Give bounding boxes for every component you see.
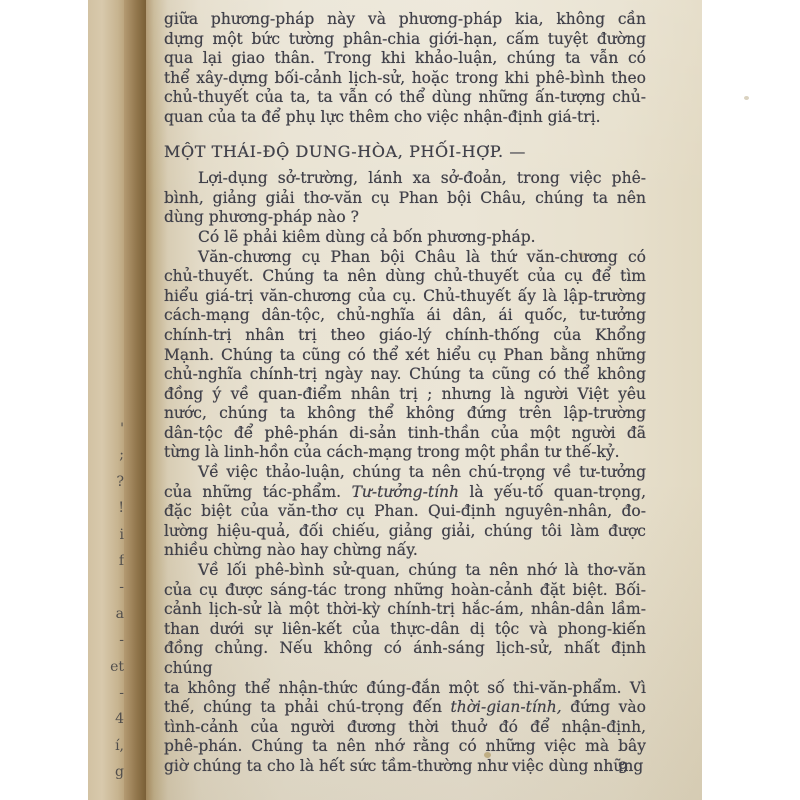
text-line: dùng phương-pháp nào ? [164,208,646,228]
partial-glyph: - [90,627,124,653]
text-line: Về việc thảo-luận, chúng ta nên chú-trọn… [164,463,646,483]
text-line: tình-cảnh của người đương thời thuở đó đ… [164,718,646,738]
text-line: đặc biệt của văn-thơ cụ Phan. Qui-định n… [164,502,646,522]
text-line: của cụ được sáng-tác trong những hoàn-cả… [164,581,646,601]
text-line: dựng một bức tường phân-chia giới-hạn, c… [164,30,646,50]
text-line: chính-trị nhân trị theo giáo-lý chính-th… [164,326,646,346]
text-line: chủ-thuyết. Chúng ta nên dùng chủ-thuyết… [164,267,646,287]
text-line: đồng chủng. Nếu không có ánh-sáng lịch-s… [164,639,646,678]
paragraph: Có lẽ phải kiêm dùng cả bốn phương-pháp. [164,228,646,248]
paragraph: giữa phương-pháp này và phương-pháp kia,… [164,10,646,128]
text-line: bình, giảng giải thơ-văn cụ Phan bội Châ… [164,189,646,209]
text-line: đồng ý về quan-điểm nhân trị ; nhưng là … [164,385,646,405]
text-line: lường hiệu-quả, đối chiếu, giảng giải, c… [164,522,646,542]
book-photo: ';?!if-a-et-4í,g giữa phương-pháp này và… [0,0,800,800]
paragraph: Về lối phê-bình sử-quan, chúng ta nên nh… [164,561,646,777]
text-line: nhiều chừng nào hay chừng nấy. [164,541,646,561]
partial-glyph: ! [90,495,124,521]
text-line: phê-phán. Chúng ta nên nhớ rằng có những… [164,737,646,757]
text-line: than dưới sự liên-kết của thực-dân dị tộ… [164,620,646,640]
text-line: Văn-chương cụ Phan bội Châu là thứ văn-c… [164,248,646,268]
text-line: Về lối phê-bình sử-quan, chúng ta nên nh… [164,561,646,581]
text-line: giữa phương-pháp này và phương-pháp kia,… [164,10,646,30]
partial-glyph: i [90,522,124,548]
partial-glyph: ; [90,442,124,468]
text-line: giờ chúng ta cho là hết sức tầm-thường n… [164,757,646,777]
text-line: cách-mạng dân-tộc, chủ-nghĩa ái dân, ái … [164,306,646,326]
partial-glyph: g [90,759,124,785]
partial-glyph: - [90,574,124,600]
page-number: 9 [618,758,628,777]
text-line: dân-tộc để phê-phán di-sản tinh-thần của… [164,424,646,444]
section-heading: MỘT THÁI-ĐỘ DUNG-HÒA, PHỐI-HỢP. — [164,142,646,162]
text-line: của những tác-phẩm. Tư-tưởng-tính là yếu… [164,483,646,503]
text-line: thể xây-dựng bối-cảnh lịch-sử, hoặc tron… [164,69,646,89]
paragraph: Về việc thảo-luận, chúng ta nên chú-trọn… [164,463,646,561]
paragraph: Văn-chương cụ Phan bội Châu là thứ văn-c… [164,248,646,464]
text-line: thế, chúng ta phải chú-trọng đến thời-gi… [164,698,646,718]
partial-glyph: ' [90,416,124,442]
partial-glyph: í, [90,733,124,759]
partial-glyph: et [90,654,124,680]
text-line: quan của ta để phụ lực thêm cho việc nhậ… [164,108,646,128]
partial-glyph: f [90,548,124,574]
text-block: giữa phương-pháp này và phương-pháp kia,… [164,10,646,777]
text-line: Mạnh. Chúng ta cũng có thể xét hiểu cụ P… [164,346,646,366]
text-line: hiểu giá-trị văn-chương của cụ. Chủ-thuy… [164,287,646,307]
text-line: cảnh lịch-sử là một thời-kỳ chính-trị hắ… [164,600,646,620]
partial-glyph: a [90,601,124,627]
paper-speck [744,96,749,100]
text-line: Lợi-dụng sở-trường, lánh xa sở-đoản, tro… [164,169,646,189]
text-line: Có lẽ phải kiêm dùng cả bốn phương-pháp. [164,228,646,248]
partial-glyph: ? [90,469,124,495]
paragraph: Lợi-dụng sở-trường, lánh xa sở-đoản, tro… [164,169,646,228]
text-line: ta không thể nhận-thức đúng-đắn một số t… [164,679,646,699]
partial-glyph: 4 [90,706,124,732]
text-line: qua lại giao thân. Trong khi khảo-luận, … [164,49,646,69]
text-line: từng là linh-hồn của cách-mạng trong một… [164,443,646,463]
facing-page-edge-text: ';?!if-a-et-4í,g [90,416,124,800]
text-line: nước, chúng ta không thể không đứng trên… [164,404,646,424]
text-line: chủ-nghĩa chính-trị ngày nay. Chúng ta c… [164,365,646,385]
text-line: chủ-thuyết của ta, ta vẫn có thể dùng nh… [164,88,646,108]
partial-glyph: - [90,680,124,706]
